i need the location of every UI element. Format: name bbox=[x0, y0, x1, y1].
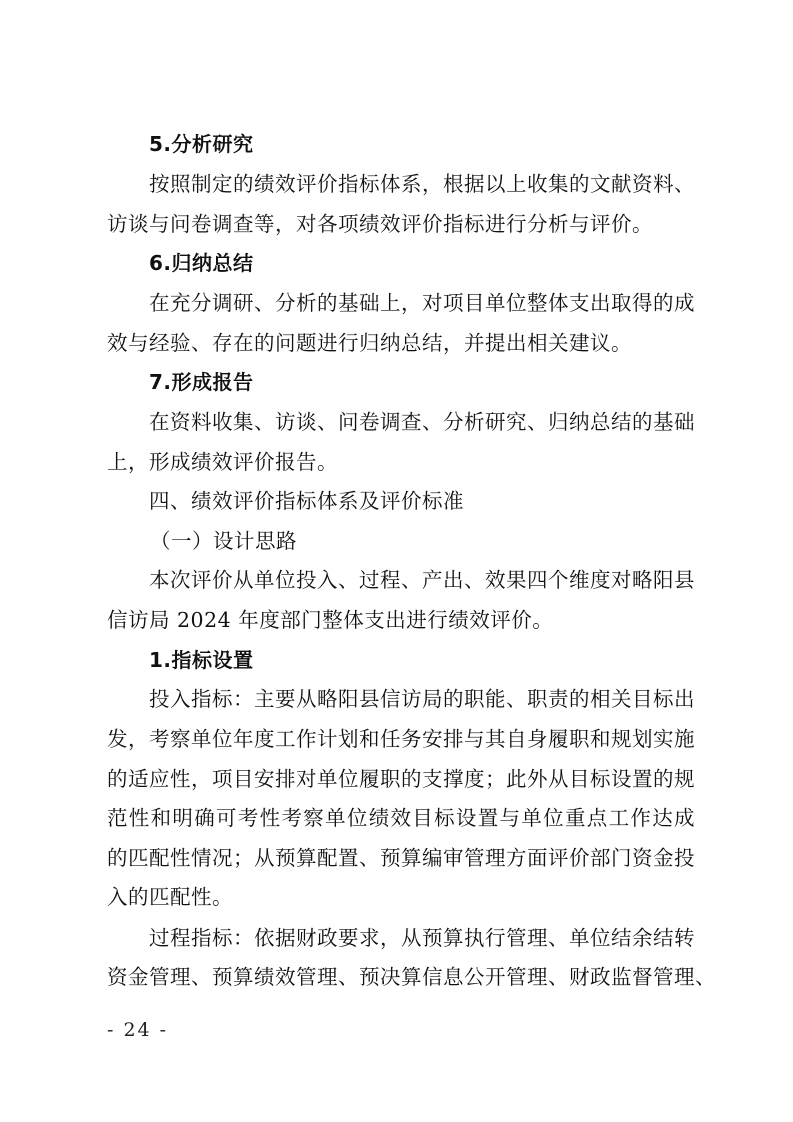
indicator-heading: 1.指标设置 bbox=[149, 647, 695, 673]
paragraph-line: 入的匹配性。 bbox=[107, 884, 695, 910]
paragraph-line: 本次评价从单位投入、过程、产出、效果四个维度对略阳县 bbox=[149, 567, 695, 593]
chapter-heading: 四、绩效评价指标体系及评价标准 bbox=[149, 488, 695, 514]
paragraph-line: 投入指标：主要从略阳县信访局的职能、职责的相关目标出 bbox=[149, 686, 695, 712]
paragraph-line: 过程指标：依据财政要求，从预算执行管理、单位结余结转 bbox=[149, 925, 695, 951]
paragraph-line: 资金管理、预算绩效管理、预决算信息公开管理、财政监督管理、 bbox=[107, 964, 695, 990]
section-heading-summary: 6.归纳总结 bbox=[149, 250, 695, 276]
paragraph-line: 在资料收集、访谈、问卷调查、分析研究、归纳总结的基础 bbox=[149, 409, 695, 435]
paragraph-line: 发，考察单位年度工作计划和任务安排与其自身履职和规划实施 bbox=[107, 726, 695, 752]
paragraph-line: 上，形成绩效评价报告。 bbox=[107, 449, 695, 475]
paragraph-line: 在充分调研、分析的基础上，对项目单位整体支出取得的成 bbox=[149, 290, 695, 316]
section-heading-report: 7.形成报告 bbox=[149, 369, 695, 395]
paragraph-line: 范性和明确可考性考察单位绩效目标设置与单位重点工作达成 bbox=[107, 805, 695, 831]
paragraph-line: 的适应性，项目安排对单位履职的支撑度；此外从目标设置的规 bbox=[107, 766, 695, 792]
paragraph-line: 按照制定的绩效评价指标体系，根据以上收集的文献资料、 bbox=[149, 171, 695, 197]
page-number: - 24 - bbox=[107, 1019, 168, 1041]
paragraph-line: 访谈与问卷调查等，对各项绩效评价指标进行分析与评价。 bbox=[107, 211, 695, 237]
section-heading-analysis: 5.分析研究 bbox=[149, 131, 695, 157]
paragraph-line: 信访局 2024 年度部门整体支出进行绩效评价。 bbox=[107, 607, 695, 633]
paragraph-line: 的匹配性情况；从预算配置、预算编审管理方面评价部门资金投 bbox=[107, 845, 695, 871]
document-page: 5.分析研究 按照制定的绩效评价指标体系，根据以上收集的文献资料、 访谈与问卷调… bbox=[0, 0, 793, 1122]
paragraph-line: 效与经验、存在的问题进行归纳总结，并提出相关建议。 bbox=[107, 330, 695, 356]
subsection-heading: （一）设计思路 bbox=[150, 528, 717, 554]
